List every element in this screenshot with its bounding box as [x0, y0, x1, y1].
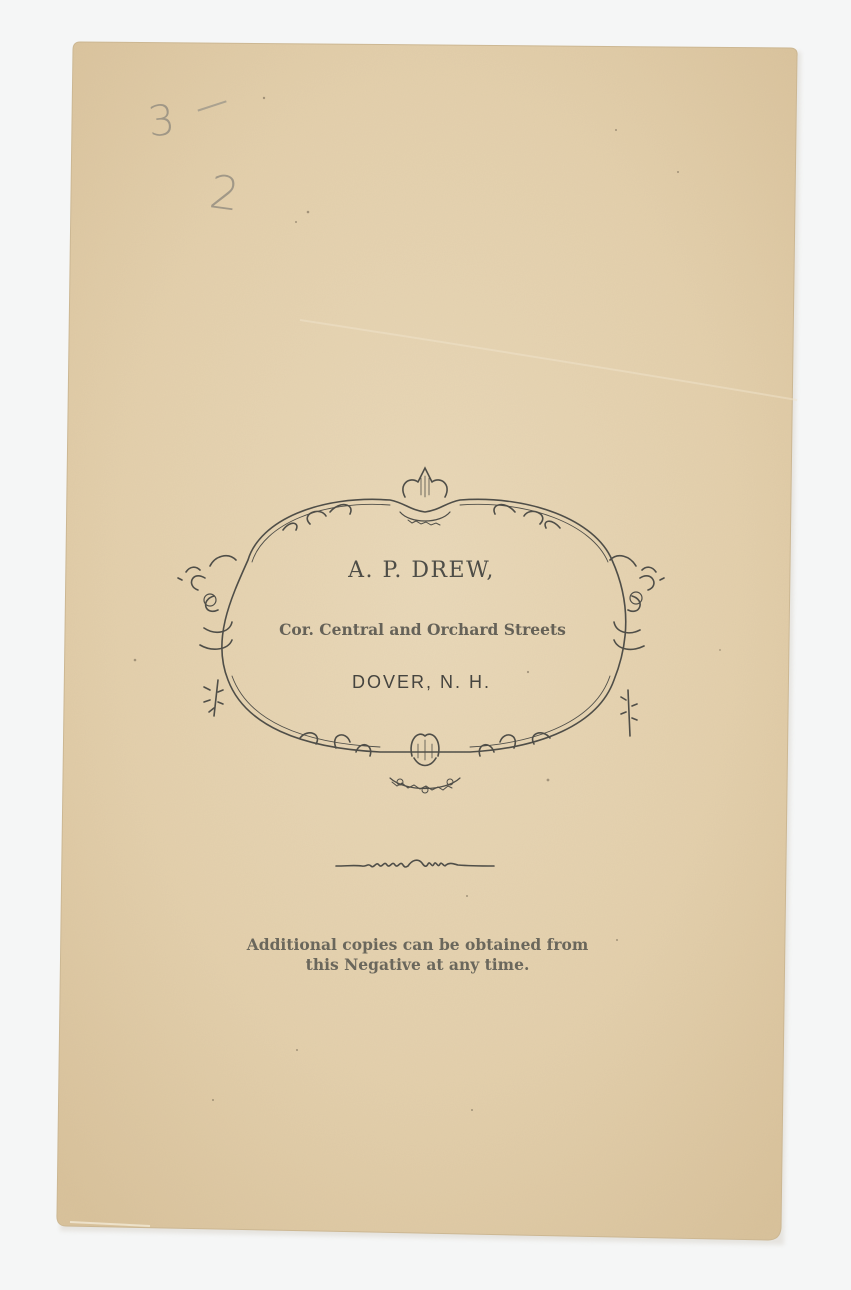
wavy-divider-ornament [334, 854, 496, 874]
reprint-notice-line-2: this Negative at any time. [0, 955, 843, 975]
scan-background: 3 2 [0, 0, 851, 1290]
studio-address: Cor. Central and Orchard Streets [0, 620, 848, 639]
photographer-name: A. P. DREW, [0, 558, 847, 583]
reprint-notice: Additional copies can be obtained from t… [0, 935, 843, 975]
reprint-notice-line-1: Additional copies can be obtained from [0, 935, 843, 955]
ornamental-frame [0, 0, 851, 1290]
studio-city: DOVER, N. H. [0, 672, 847, 693]
